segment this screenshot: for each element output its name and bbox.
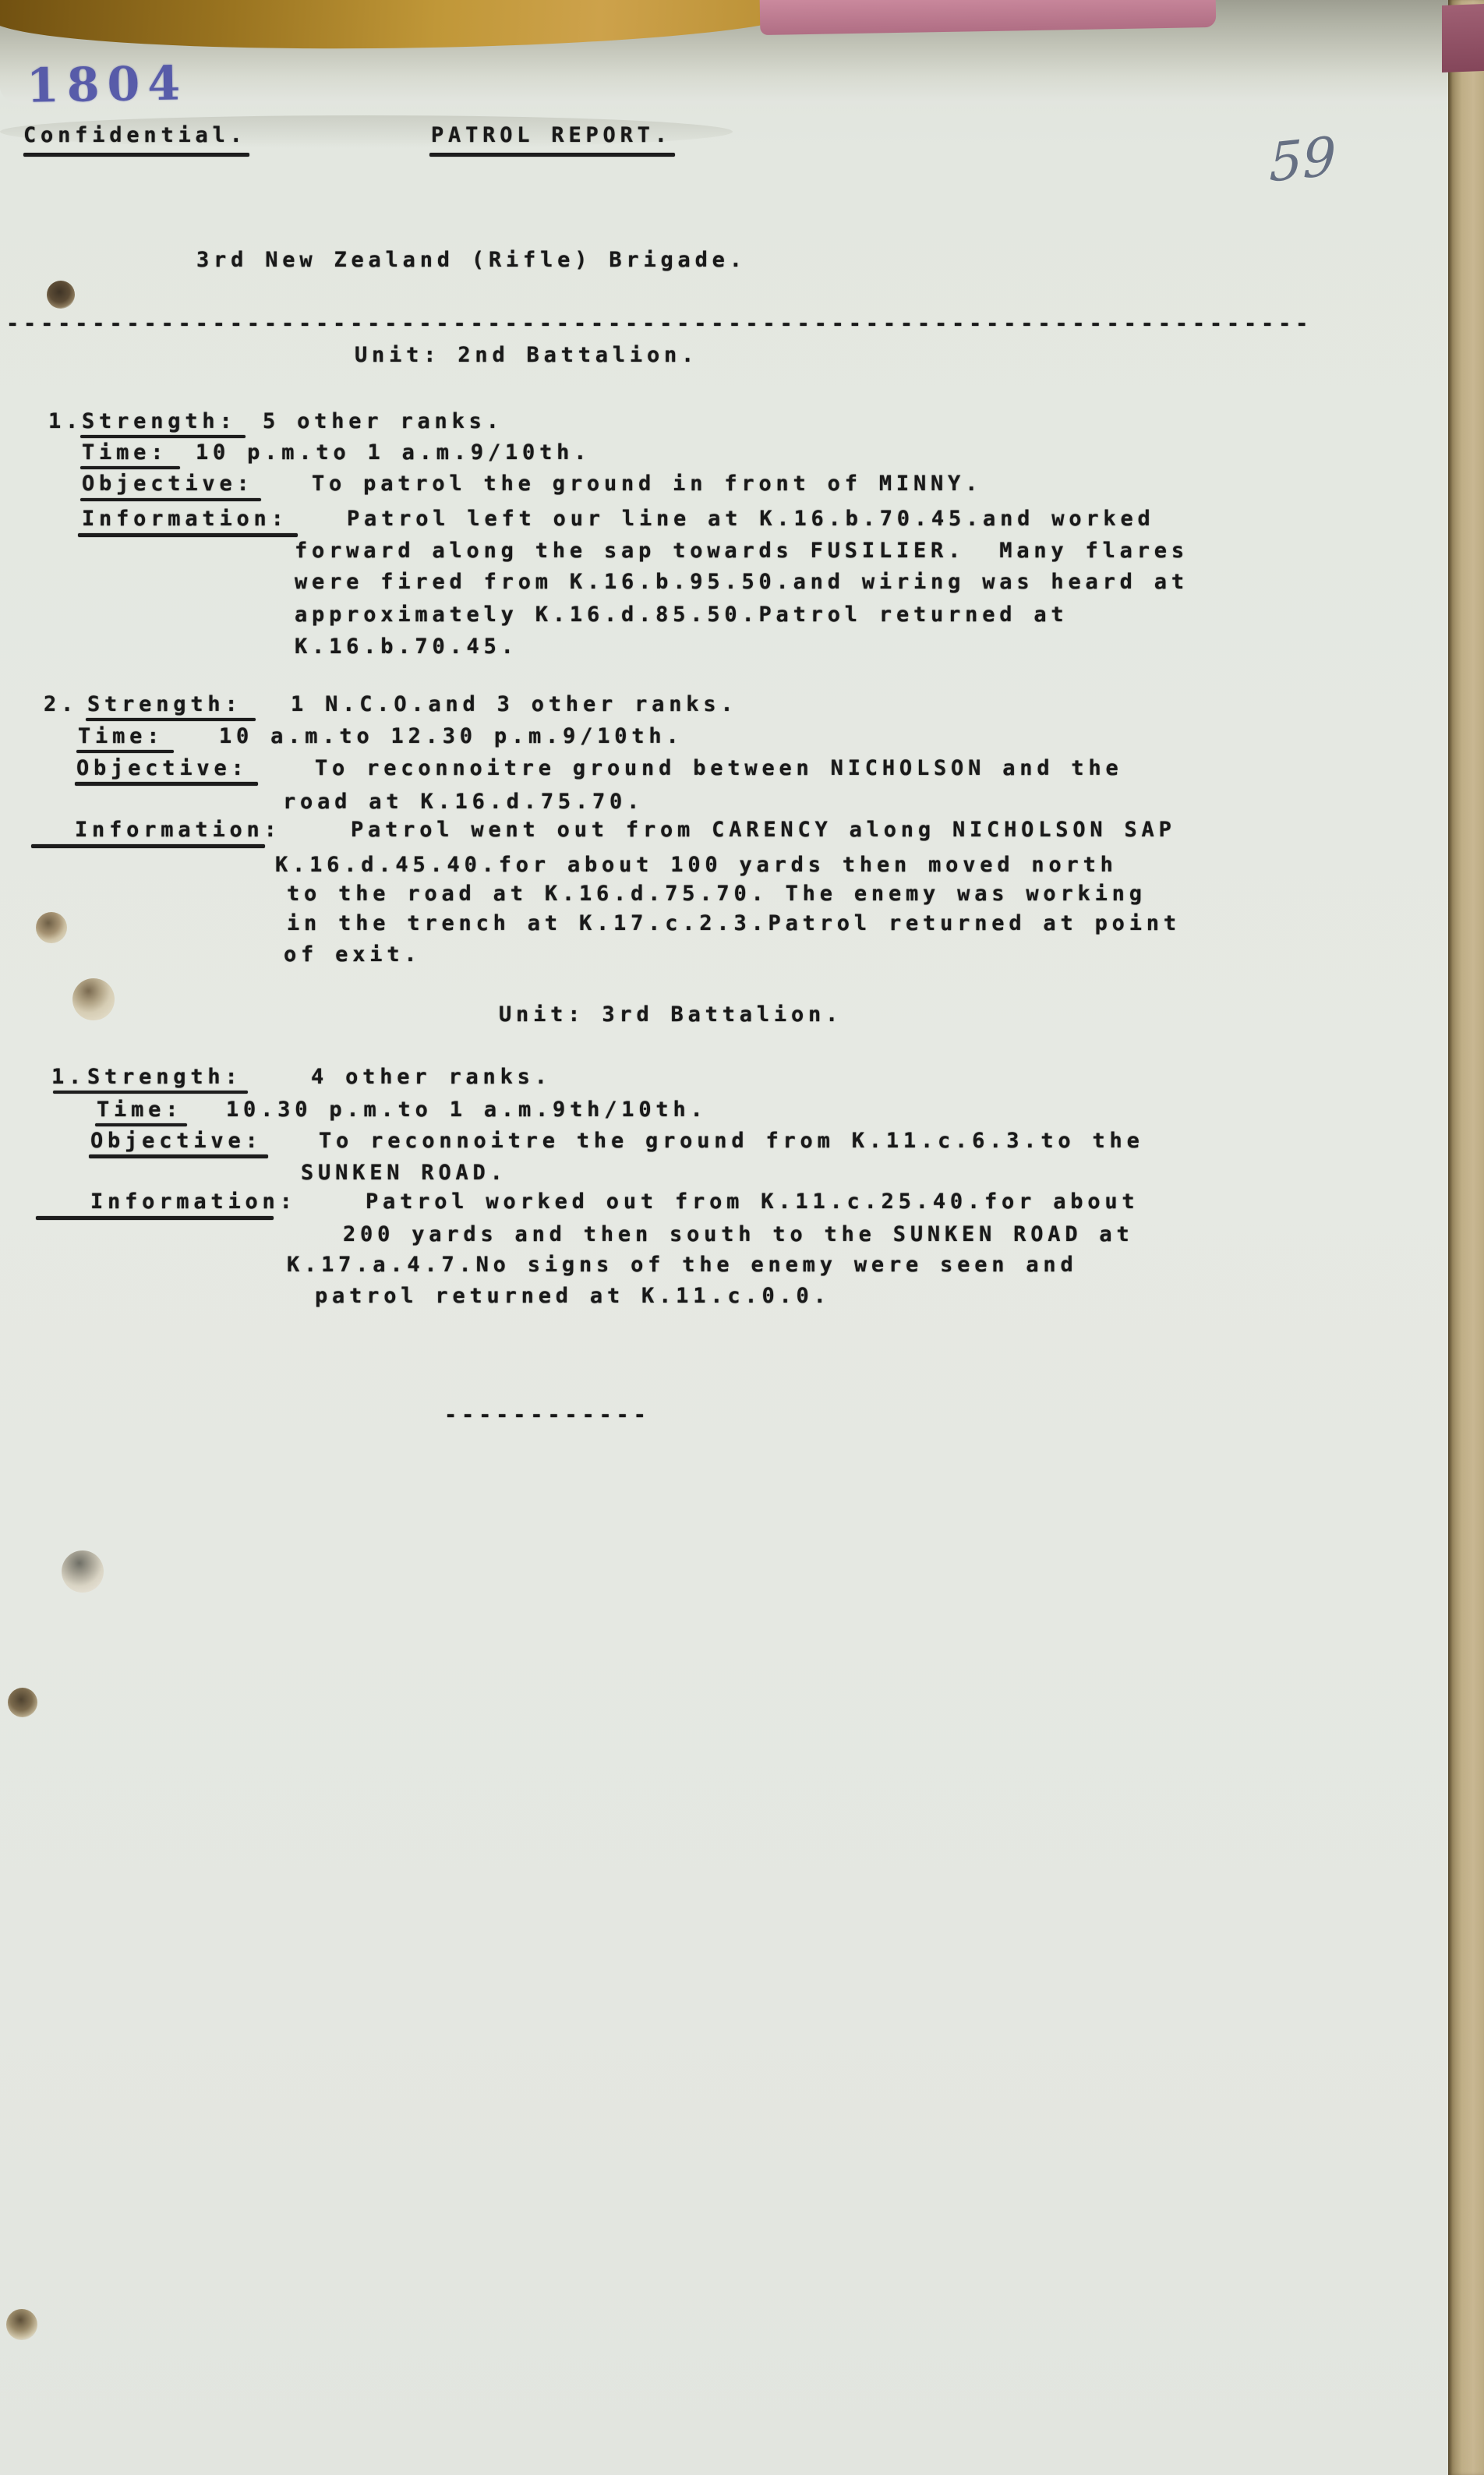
- typed-underline: [89, 1154, 268, 1158]
- unit-heading-2nd-battalion: Unit: 2nd Battalion.: [355, 343, 698, 367]
- information-continuation: approximately K.16.d.85.50.Patrol return…: [0, 603, 1484, 634]
- objective-value: To patrol the ground in front of MINNY.: [312, 472, 982, 496]
- punch-hole: [8, 1688, 37, 1717]
- page-number-annotation: 59: [1269, 126, 1336, 194]
- dashed-separator: ----------------------------------------…: [6, 312, 1325, 336]
- entry-number: 1.: [51, 1065, 86, 1089]
- time-line: Time: 10 p.m.to 1 a.m.9/10th.: [0, 440, 1484, 472]
- end-of-report-dashes: ------------: [444, 1403, 651, 1427]
- objective-label: Objective:: [76, 756, 249, 780]
- strength-value: 4 other ranks.: [311, 1065, 552, 1089]
- unit-heading-3rd-battalion: Unit: 3rd Battalion.: [499, 1002, 843, 1027]
- information-text: K.17.a.4.7.No signs of the enemy were se…: [287, 1253, 1078, 1277]
- information-text: forward along the sap towards FUSILIER. …: [295, 539, 1189, 563]
- time-value: 10 a.m.to 12.30 p.m.9/10th.: [219, 724, 684, 748]
- punch-hole: [6, 2309, 37, 2340]
- information-continuation: to the road at K.16.d.75.70. The enemy w…: [0, 882, 1484, 913]
- strength-label: Strength:: [87, 1065, 242, 1089]
- typed-underline: [76, 750, 174, 753]
- information-continuation: 200 yards and then south to the SUNKEN R…: [0, 1222, 1484, 1253]
- punch-hole: [62, 1550, 104, 1593]
- information-text: in the trench at K.17.c.2.3.Patrol retur…: [287, 911, 1181, 935]
- maroon-binding-corner: [1442, 4, 1484, 72]
- classification-label: Confidential.: [23, 123, 247, 147]
- time-label: Time:: [78, 724, 164, 748]
- information-continuation: patrol returned at K.11.c.0.0.: [0, 1284, 1484, 1315]
- information-continuation: in the trench at K.17.c.2.3.Patrol retur…: [0, 911, 1484, 942]
- time-line: Time: 10 a.m.to 12.30 p.m.9/10th.: [0, 724, 1484, 755]
- information-text: 200 yards and then south to the SUNKEN R…: [343, 1222, 1134, 1246]
- information-text: of exit.: [284, 942, 421, 967]
- time-value: 10 p.m.to 1 a.m.9/10th.: [196, 440, 591, 465]
- strength-value: 1 N.C.O.and 3 other ranks.: [291, 692, 737, 716]
- typed-underline: [78, 533, 298, 537]
- time-value: 10.30 p.m.to 1 a.m.9th/10th.: [226, 1098, 708, 1122]
- information-value: Patrol left our line at K.16.b.70.45.and…: [347, 507, 1155, 531]
- strength-label: Strength:: [82, 409, 237, 433]
- information-continuation: K.16.b.70.45.: [0, 635, 1484, 666]
- typed-underline: [95, 1123, 187, 1126]
- entry-number: 1.: [48, 409, 83, 433]
- time-label: Time:: [82, 440, 168, 465]
- information-label: Information:: [75, 818, 281, 842]
- information-continuation: forward along the sap towards FUSILIER. …: [0, 539, 1484, 570]
- typed-underline: [53, 1091, 248, 1094]
- information-continuation: K.17.a.4.7.No signs of the enemy were se…: [0, 1253, 1484, 1284]
- objective-label: Objective:: [90, 1129, 263, 1153]
- information-value: Patrol went out from CARENCY along NICHO…: [351, 818, 1176, 842]
- typed-underline: [23, 153, 249, 157]
- typed-underline: [80, 435, 246, 438]
- information-label: Information:: [82, 507, 288, 531]
- objective-value: To reconnoitre ground between NICHOLSON …: [315, 756, 1123, 780]
- report-title: PATROL REPORT.: [431, 123, 672, 147]
- objective-text: SUNKEN ROAD.: [301, 1161, 507, 1185]
- information-text: K.16.d.45.40.for about 100 yards then mo…: [275, 853, 1118, 877]
- information-text: K.16.b.70.45.: [295, 635, 518, 659]
- information-continuation: of exit.: [0, 942, 1484, 974]
- typed-underline: [31, 844, 265, 848]
- information-value: Patrol worked out from K.11.c.25.40.for …: [366, 1190, 1139, 1214]
- scanned-patrol-report-page: { "header": { "stamp": "1804", "classifi…: [0, 0, 1484, 2475]
- information-text: to the road at K.16.d.75.70. The enemy w…: [287, 882, 1147, 906]
- time-label: Time:: [97, 1098, 182, 1122]
- objective-continuation: road at K.16.d.75.70.: [0, 790, 1484, 821]
- brigade-heading: 3rd New Zealand (Rifle) Brigade.: [196, 248, 747, 272]
- typed-underline: [80, 498, 261, 501]
- typed-underline: [80, 466, 180, 469]
- typed-underline: [86, 718, 256, 721]
- information-text: were fired from K.16.b.95.50.and wiring …: [295, 570, 1189, 594]
- strength-value: 5 other ranks.: [263, 409, 503, 433]
- objective-continuation: SUNKEN ROAD.: [0, 1161, 1484, 1192]
- typed-underline: [429, 153, 675, 157]
- typed-underline: [75, 782, 258, 786]
- information-label: Information:: [90, 1190, 297, 1214]
- objective-text: road at K.16.d.75.70.: [283, 790, 644, 814]
- information-continuation: K.16.d.45.40.for about 100 yards then mo…: [0, 853, 1484, 884]
- punch-hole: [47, 281, 75, 309]
- page-stamp: 1804: [26, 56, 188, 114]
- typed-underline: [36, 1216, 274, 1220]
- entry-number: 2.: [44, 692, 78, 716]
- information-text: patrol returned at K.11.c.0.0.: [315, 1284, 831, 1308]
- punch-hole: [72, 978, 115, 1020]
- information-continuation: were fired from K.16.b.95.50.and wiring …: [0, 570, 1484, 601]
- objective-label: Objective:: [82, 472, 254, 496]
- objective-value: To reconnoitre the ground from K.11.c.6.…: [319, 1129, 1144, 1153]
- strength-label: Strength:: [87, 692, 242, 716]
- time-line: Time: 10.30 p.m.to 1 a.m.9th/10th.: [0, 1098, 1484, 1129]
- information-text: approximately K.16.d.85.50.Patrol return…: [295, 603, 1069, 627]
